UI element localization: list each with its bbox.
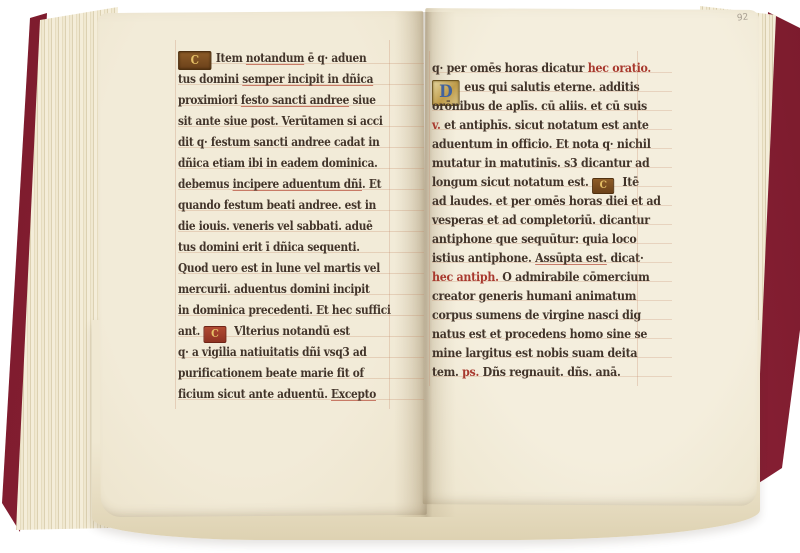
text-segment: Assūpta est. [535, 251, 607, 265]
text-segment: Excepto [331, 387, 376, 401]
left-page-text: CItem notandum ē q· aduentus domini semp… [178, 48, 424, 405]
text-segment: hec oratio. [588, 61, 651, 75]
text-segment: semper incipit in dñica [242, 72, 373, 86]
manuscript-line: in dominica precedenti. Et hec suffici [178, 300, 394, 321]
manuscript-line: mutatur in matutinīs. s3 dicantur ad [432, 154, 653, 173]
text-segment: dit q· festum sancti andree cadat in [178, 135, 380, 149]
text-segment: ad laudes. et per omēs horas diei et ad [432, 194, 661, 208]
text-segment: creator generis humani animatum [432, 289, 636, 303]
manuscript-line: tus domini erit ī dñica sequenti. [178, 237, 394, 258]
manuscript-line: debemus incipere aduentum dñi. Et [178, 174, 394, 195]
text-segment: festo sancti andree [241, 93, 349, 107]
manuscript-line: Deus qui salutis eterne. additis [432, 78, 653, 97]
text-segment: eus qui salutis eterne. additis [464, 80, 639, 94]
manuscript-line: Quod uero est in lune vel martis vel [178, 258, 394, 279]
manuscript-line: vesperas et ad completoriū. dicantur [432, 211, 653, 230]
text-segment: vesperas et ad completoriū. dicantur [432, 213, 650, 227]
manuscript-line: ant. C Vlterius notandū est [178, 321, 394, 342]
manuscript-line: tem. ps. Dñs regnauit. dñs. anā. [432, 363, 653, 382]
manuscript-photo: CItem notandum ē q· aduentus domini semp… [0, 0, 800, 553]
illuminated-initial-gold-brown: C [178, 51, 211, 70]
manuscript-line: sit ante siue post. Verūtamen si acci [178, 111, 394, 132]
text-segment: q· a vigilia natiuitatis dñi vsq3 ad [178, 345, 367, 359]
right-page-text: q· per omēs horas dicatur hec oratio.Deu… [432, 59, 672, 382]
manuscript-line: proximiori festo sancti andree siue [178, 90, 394, 111]
manuscript-line: CItem notandum ē q· aduen [178, 48, 394, 69]
folio-number: 92 [737, 12, 749, 23]
text-segment: . Et [362, 177, 381, 191]
text-segment: sit ante siue post. Verūtamen si acci [178, 114, 383, 128]
text-segment: orōnibus de aplīs. cū aliis. et cū suis [432, 99, 647, 113]
text-segment: Dñs regnauit. dñs. anā. [479, 365, 620, 379]
text-segment: proximiori [178, 93, 241, 107]
text-segment: natus est et procedens homo sine se [432, 327, 647, 341]
text-segment: quando festum beati andree. est in [178, 198, 376, 212]
text-segment: Itē [619, 175, 639, 189]
manuscript-line: orōnibus de aplīs. cū aliis. et cū suis [432, 97, 653, 116]
text-segment: longum sicut notatum est. [432, 175, 592, 189]
text-segment: dicat· [607, 251, 644, 265]
text-segment: antiphone que sequūtur: quia loco [432, 232, 636, 246]
text-segment: istius antiphone. [432, 251, 535, 265]
text-segment: ant. [178, 324, 203, 338]
manuscript-line: longum sicut notatum est. C Itē [432, 173, 653, 192]
manuscript-line: quando festum beati andree. est in [178, 195, 394, 216]
text-segment: tem. [432, 365, 462, 379]
manuscript-line: v. et antiphīs. sicut notatum est ante [432, 116, 653, 135]
manuscript-line: tus domini semper incipit in dñica [178, 69, 394, 90]
manuscript-line: ad laudes. et per omēs horas diei et ad [432, 192, 653, 211]
text-segment: tus domini erit ī dñica sequenti. [178, 240, 360, 254]
text-segment: purificationem beate marie fit of [178, 366, 364, 380]
manuscript-line: ficium sicut ante aduentū. Excepto [178, 384, 394, 405]
text-segment: notandum [246, 51, 304, 65]
text-segment: incipere aduentum dñi [233, 177, 362, 191]
text-segment: ps. [462, 365, 479, 379]
manuscript-line: istius antiphone. Assūpta est. dicat· [432, 249, 653, 268]
text-segment: siue [349, 93, 376, 107]
text-segment: aduentum in officio. Et nota q· nichil [432, 137, 651, 151]
manuscript-line: hec antiph. O admirabile cōmercium [432, 268, 653, 287]
manuscript-line: mine largitus est nobis suam deita [432, 344, 653, 363]
manuscript-line: creator generis humani animatum [432, 287, 653, 306]
text-segment: hec antiph. [432, 270, 502, 284]
text-segment: dñica etiam ibi in eadem dominica. [178, 156, 378, 170]
manuscript-line: dñica etiam ibi in eadem dominica. [178, 153, 394, 174]
text-segment: q· per omēs horas dicatur [432, 61, 588, 75]
text-segment: Vlterius notandū est [231, 324, 350, 338]
text-segment: tus domini [178, 72, 242, 86]
text-segment: ē q· aduen [304, 51, 366, 65]
text-segment: in dominica precedenti. Et hec suffici [178, 303, 391, 317]
text-segment: corpus sumens de virgine nasci dig [432, 308, 641, 322]
manuscript-line: purificationem beate marie fit of [178, 363, 394, 384]
text-segment: ficium sicut ante aduentū. [178, 387, 331, 401]
text-segment: mercurii. aduentus domini incipit [178, 282, 370, 296]
text-segment: Item [216, 51, 246, 65]
text-segment: debemus [178, 177, 233, 191]
manuscript-line: q· a vigilia natiuitatis dñi vsq3 ad [178, 342, 394, 363]
text-segment: et antiphīs. sicut notatum est ante [441, 118, 649, 132]
text-segment: mine largitus est nobis suam deita [432, 346, 637, 360]
illuminated-initial-gold-red: C [203, 326, 226, 343]
text-segment: Quod uero est in lune vel martis vel [178, 261, 380, 275]
manuscript-line: natus est et procedens homo sine se [432, 325, 653, 344]
manuscript-line: die iouis. veneris vel sabbati. aduē [178, 216, 394, 237]
text-segment: mutatur in matutinīs. s3 dicantur ad [432, 156, 649, 170]
manuscript-line: antiphone que sequūtur: quia loco [432, 230, 653, 249]
text-segment: O admirabile cōmercium [502, 270, 649, 284]
manuscript-line: mercurii. aduentus domini incipit [178, 279, 394, 300]
text-segment: die iouis. veneris vel sabbati. aduē [178, 219, 373, 233]
manuscript-line: dit q· festum sancti andree cadat in [178, 132, 394, 153]
manuscript-line: aduentum in officio. Et nota q· nichil [432, 135, 653, 154]
manuscript-line: corpus sumens de virgine nasci dig [432, 306, 653, 325]
manuscript-line: q· per omēs horas dicatur hec oratio. [432, 59, 653, 78]
